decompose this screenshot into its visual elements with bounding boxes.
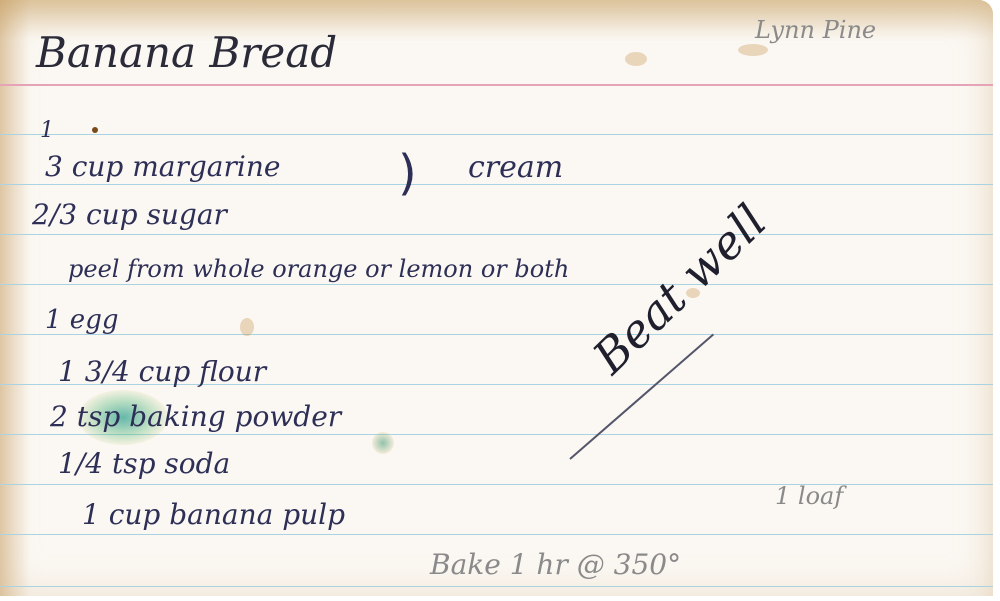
brace-symbol: ) bbox=[398, 145, 417, 201]
ingredient-flour: 1 3/4 cup flour bbox=[58, 355, 266, 388]
stain-spot bbox=[625, 52, 647, 66]
ink-dot bbox=[92, 127, 98, 133]
header-margin-line bbox=[0, 84, 993, 86]
fraction-numerator: 1 bbox=[40, 118, 54, 143]
ingredient-peel: peel from whole orange or lemon or both bbox=[68, 255, 569, 283]
ingredient-banana-pulp: 1 cup banana pulp bbox=[82, 498, 345, 531]
ruled-line bbox=[0, 234, 993, 235]
note-yield: 1 loaf bbox=[775, 482, 843, 510]
ingredient-soda: 1/4 tsp soda bbox=[58, 447, 230, 480]
stain-spot bbox=[738, 44, 768, 56]
ruled-line bbox=[0, 134, 993, 135]
ruled-line bbox=[0, 334, 993, 335]
recipe-title: Banana Bread bbox=[36, 28, 337, 77]
ruled-line bbox=[0, 284, 993, 285]
note-bake: Bake 1 hr @ 350° bbox=[430, 548, 681, 581]
note-beat-well: Beat well bbox=[582, 194, 776, 384]
stain-spot bbox=[240, 318, 254, 336]
ingredient-egg: 1 egg bbox=[45, 305, 118, 335]
ruled-line bbox=[0, 534, 993, 535]
recipe-card: Banana Bread Lynn Pine 1 3 cup margarine… bbox=[0, 0, 993, 596]
ingredient-sugar: 2/3 cup sugar bbox=[32, 198, 227, 231]
recipe-author: Lynn Pine bbox=[755, 16, 876, 44]
ruled-line bbox=[0, 586, 993, 587]
green-stain-small bbox=[372, 432, 394, 454]
ingredient-margarine: 3 cup margarine bbox=[45, 150, 280, 183]
ruled-line bbox=[0, 484, 993, 485]
note-cream: cream bbox=[468, 150, 563, 185]
age-stain-left bbox=[0, 0, 30, 596]
ingredient-baking-powder: 2 tsp baking powder bbox=[50, 400, 341, 433]
